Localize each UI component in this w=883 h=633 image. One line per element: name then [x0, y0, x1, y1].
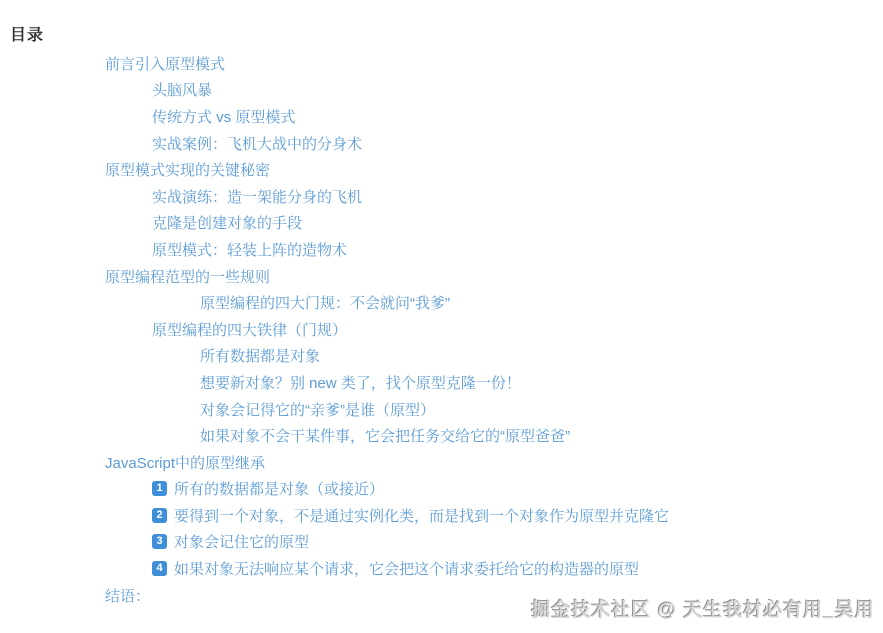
toc-link[interactable]: 想要新对象？别 new 类了，找个原型克隆一份！ [200, 372, 521, 393]
toc-link[interactable]: JavaScript中的原型继承 [105, 452, 265, 473]
toc-link[interactable]: 原型编程的四大铁律（门规） [152, 319, 347, 340]
toc-link[interactable]: 要得到一个对象，不是通过实例化类，而是找到一个对象作为原型并克隆它 [174, 505, 669, 526]
toc-item: 所有数据都是对象 [0, 343, 883, 370]
toc-item: 想要新对象？别 new 类了，找个原型克隆一份！ [0, 369, 883, 396]
toc-item: 3对象会记住它的原型 [0, 529, 883, 556]
toc-link[interactable]: 对象会记住它的原型 [174, 531, 309, 552]
toc-item: 对象会记得它的“亲爹”是谁（原型） [0, 396, 883, 423]
toc-link[interactable]: 结语： [105, 585, 150, 606]
toc-item: 头脑风暴 [0, 77, 883, 104]
toc-item: 克隆是创建对象的手段 [0, 210, 883, 237]
toc-link[interactable]: 前言引入原型模式 [105, 53, 225, 74]
number-2-badge: 2 [152, 508, 167, 523]
toc-heading: 目录 [10, 22, 44, 45]
toc-item: 原型模式实现的关键秘密 [0, 156, 883, 183]
toc-link[interactable]: 原型模式实现的关键秘密 [105, 159, 270, 180]
toc-item: 如果对象不会干某件事，它会把任务交给它的“原型爸爸” [0, 422, 883, 449]
toc-item: 原型模式：轻装上阵的造物术 [0, 236, 883, 263]
toc-item: 前言引入原型模式 [0, 50, 883, 77]
toc-link[interactable]: 实战演练：造一架能分身的飞机 [152, 186, 362, 207]
toc-link[interactable]: 如果对象无法响应某个请求，它会把这个请求委托给它的构造器的原型 [174, 558, 639, 579]
toc-item: 原型编程的四大门规：不会就问“我爹” [0, 289, 883, 316]
toc-item: JavaScript中的原型继承 [0, 449, 883, 476]
toc-item: 1所有的数据都是对象（或接近） [0, 476, 883, 503]
toc-link[interactable]: 原型编程范型的一些规则 [105, 266, 270, 287]
table-of-contents: 前言引入原型模式 头脑风暴 传统方式 vs 原型模式 实战案例：飞机大战中的分身… [0, 50, 883, 608]
toc-link[interactable]: 如果对象不会干某件事，它会把任务交给它的“原型爸爸” [200, 425, 570, 446]
toc-link[interactable]: 所有数据都是对象 [200, 345, 320, 366]
toc-item: 4如果对象无法响应某个请求，它会把这个请求委托给它的构造器的原型 [0, 555, 883, 582]
toc-link[interactable]: 实战案例：飞机大战中的分身术 [152, 133, 362, 154]
toc-link[interactable]: 传统方式 vs 原型模式 [152, 106, 295, 127]
number-3-badge: 3 [152, 534, 167, 549]
toc-item: 原型编程的四大铁律（门规） [0, 316, 883, 343]
watermark: 掘金技术社区 @ 天生我材必有用_吴用 [531, 595, 875, 622]
toc-link[interactable]: 对象会记得它的“亲爹”是谁（原型） [200, 399, 435, 420]
number-1-badge: 1 [152, 481, 167, 496]
toc-link[interactable]: 原型模式：轻装上阵的造物术 [152, 239, 347, 260]
toc-item: 实战演练：造一架能分身的飞机 [0, 183, 883, 210]
toc-item: 2要得到一个对象，不是通过实例化类，而是找到一个对象作为原型并克隆它 [0, 502, 883, 529]
toc-link[interactable]: 所有的数据都是对象（或接近） [174, 478, 384, 499]
toc-link[interactable]: 克隆是创建对象的手段 [152, 212, 302, 233]
number-4-badge: 4 [152, 561, 167, 576]
toc-item: 传统方式 vs 原型模式 [0, 103, 883, 130]
toc-item: 原型编程范型的一些规则 [0, 263, 883, 290]
toc-link[interactable]: 头脑风暴 [152, 79, 212, 100]
toc-link[interactable]: 原型编程的四大门规：不会就问“我爹” [200, 292, 450, 313]
toc-item: 实战案例：飞机大战中的分身术 [0, 130, 883, 157]
